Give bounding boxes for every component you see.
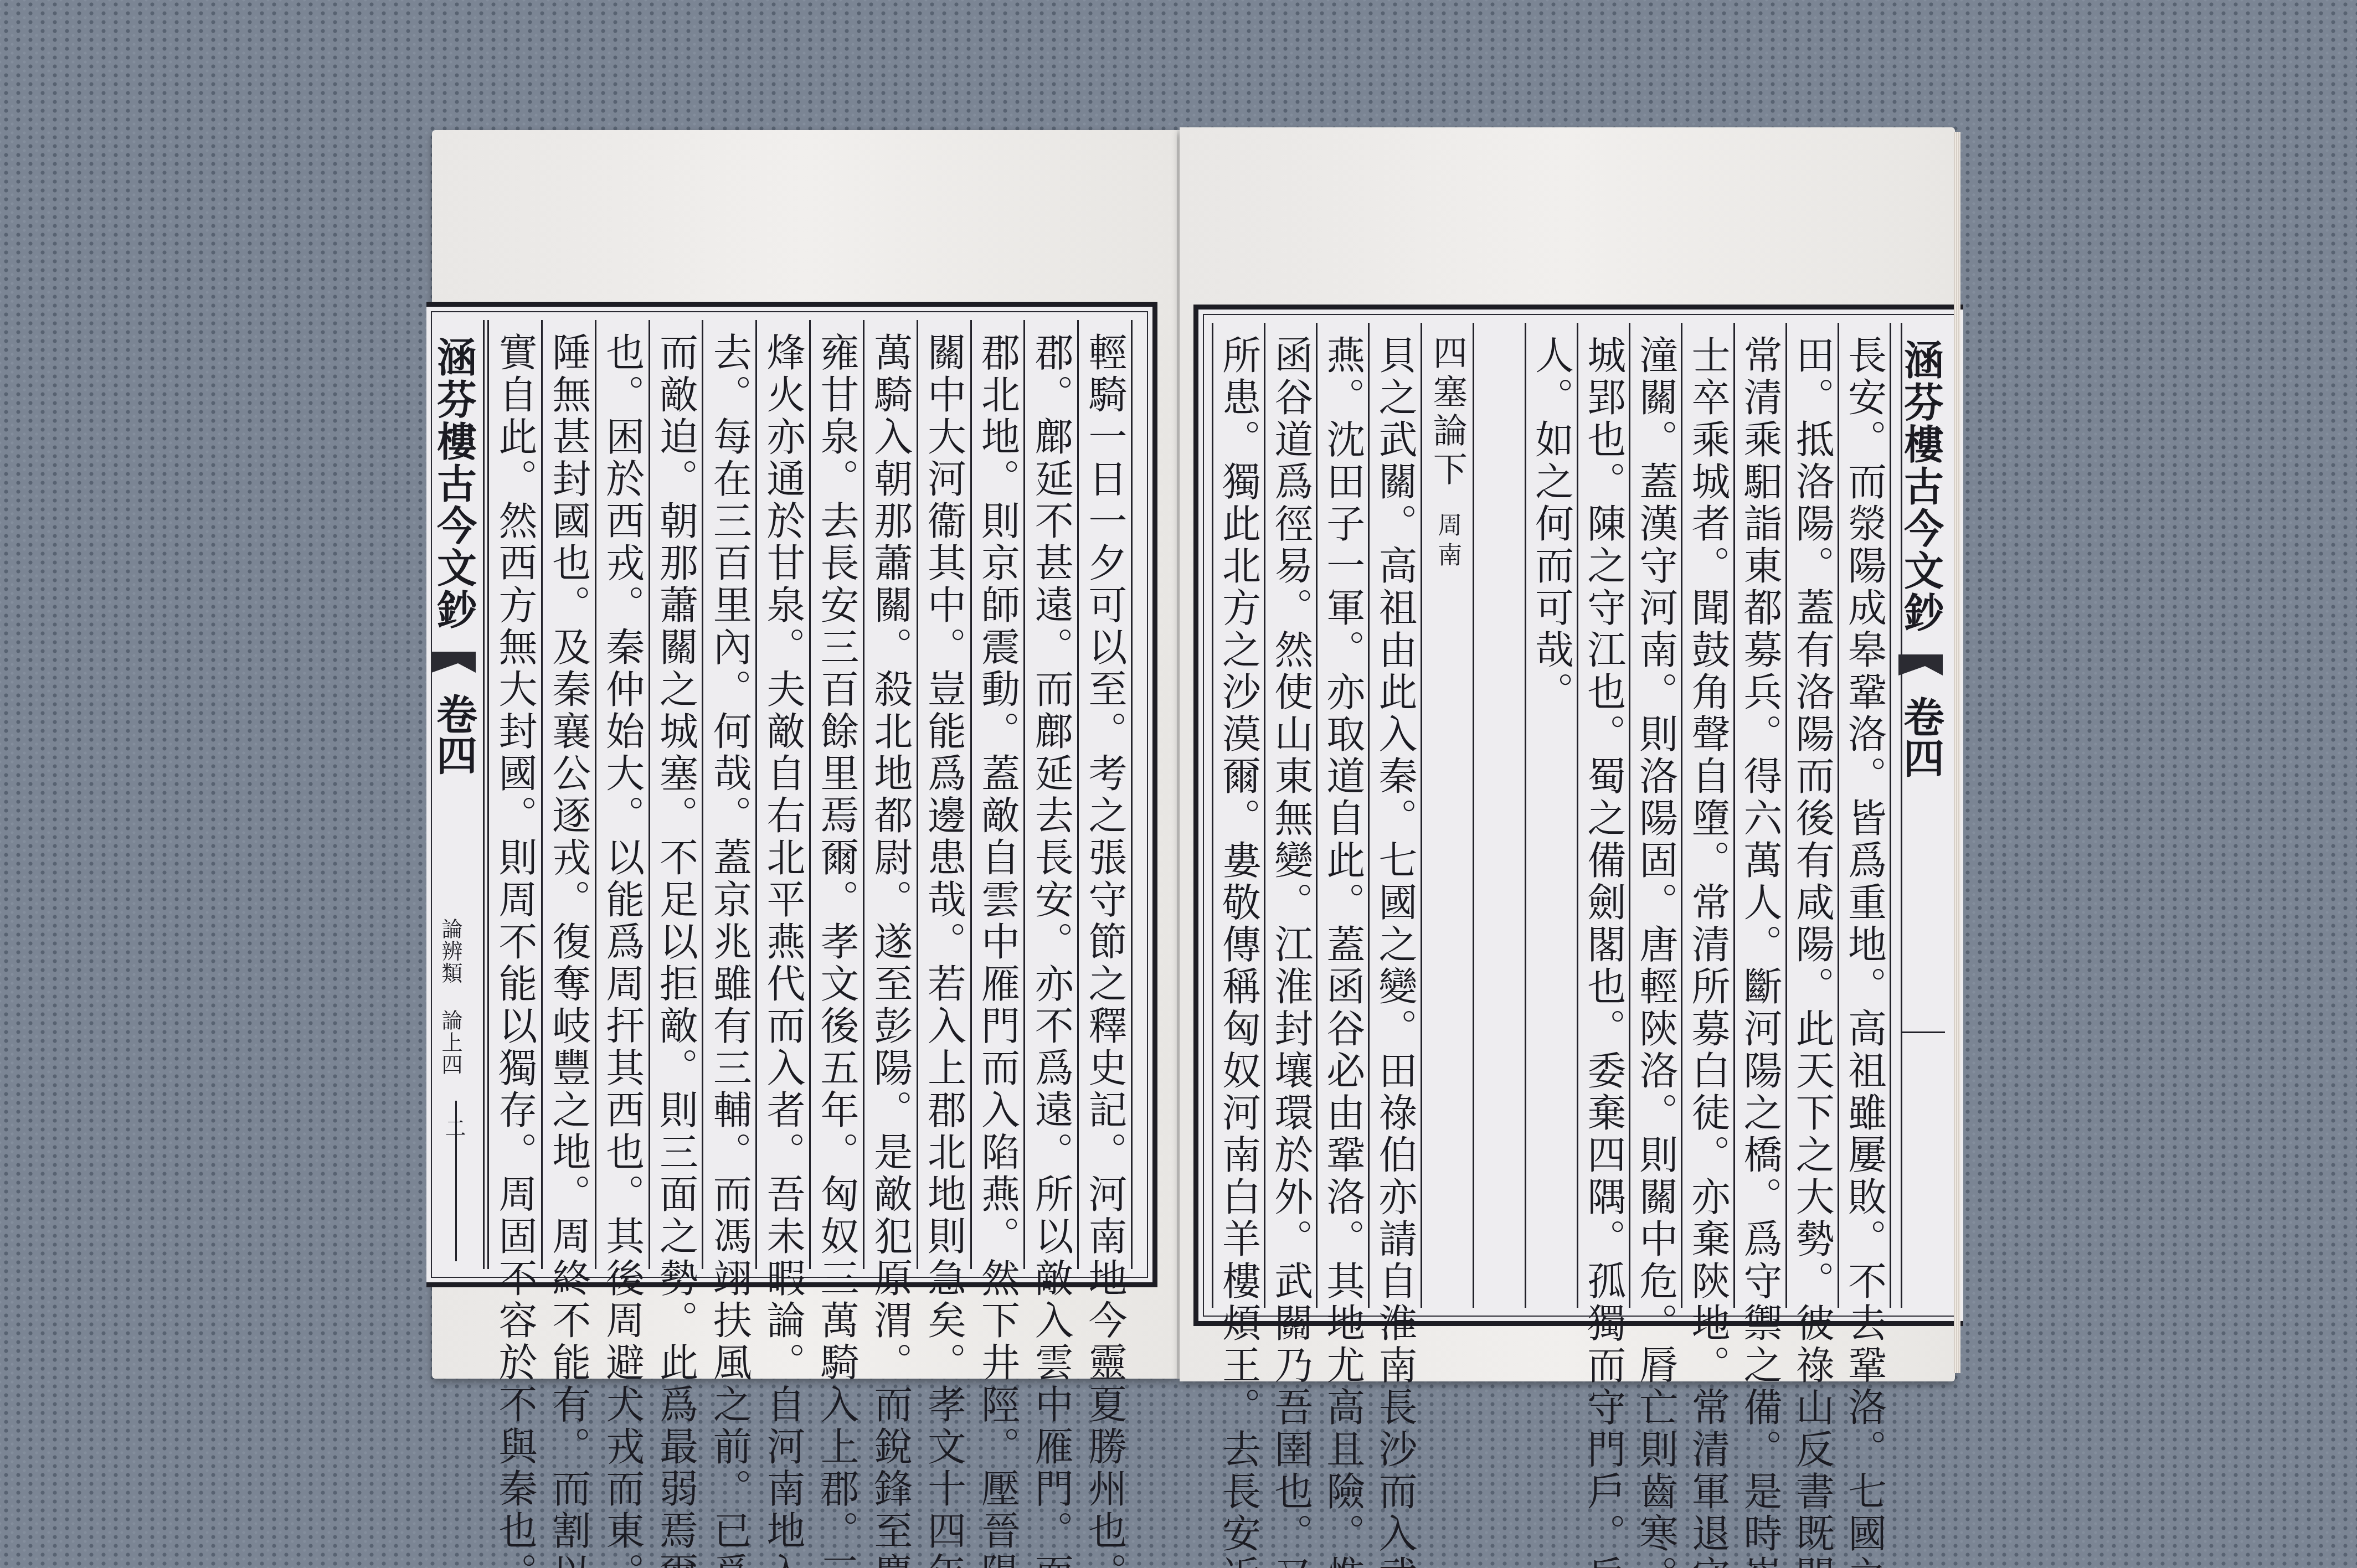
right-page: 涵芬樓古今文鈔 卷四 長安。而滎陽成皋鞏洛。皆爲重地。高祖雖屢敗。不去鞏洛。七國… [1180,127,1955,1381]
essay-heading-column: 四塞論下周南 [1421,323,1473,1308]
fishtail-mark-icon [431,652,476,673]
divider [1901,1031,1945,1033]
left-page-text-columns: 輕騎一日一夕可以至。考之張守節之釋史記。河南地今靈夏勝州也。其地至上 郡。鄜延不… [487,320,1133,1269]
book-title: 涵芬樓古今文鈔 [1897,323,1944,634]
text-column: 燕。沈田子一軍。亦取道自此。蓋函谷必由鞏洛。其地尤高且險。惟武關徑捷。其視 [1316,323,1368,1308]
text-column: 城郢也。陳之守江也。蜀之備劍閣也。委棄四隅。孤獨而守門戶。戶庭之外。敵來逼 [1577,323,1629,1308]
text-column: 田。抵洛陽。蓋有洛陽而後有咸陽。此天下之大勢。彼祿山反書既聞。明皇始以封 [1785,323,1838,1308]
text-column: 去。每在三百里內。何哉。蓋京兆雖有三輔。而馮翊扶風之前。已爲上郡。北地地近 [702,320,755,1269]
text-column: 關中大河衞其中。豈能爲邊患哉。若入上郡北地則急矣。孝文十四年。單于十四 [917,320,970,1269]
text-column: 人。如之何而可哉。 [1525,323,1577,1308]
left-page: 涵芬樓古今文鈔 卷四 輕騎一日一夕可以至。考之張守節之釋史記。河南地今靈夏勝州也… [432,130,1177,1379]
text-column: 所患。獨此北方之沙漠爾。婁敬傳稱匈奴河南白羊樓煩王。去長安近者七百里。 [1212,323,1264,1308]
fishtail-mark-icon [1898,654,1943,675]
text-column-empty [1473,323,1525,1308]
text-column: 長安。而滎陽成皋鞏洛。皆爲重地。高祖雖屢敗。不去鞏洛。七國之變。亞夫疾走藍 [1838,323,1891,1308]
open-book: 涵芬樓古今文鈔 卷四 輕騎一日一夕可以至。考之張守節之釋史記。河南地今靈夏勝州也… [426,125,1960,1381]
text-column: 陲無甚封國也。及秦襄公逐戎。復奪岐豐之地。周終不能有。而割以與秦。秦之興 [541,320,595,1269]
right-page-margin-strip: 涵芬樓古今文鈔 卷四 [1901,323,1950,1308]
text-column: 貝之武關。高祖由此入秦。七國之變。田祿伯亦請自淮南長沙而入武關。劉裕伐 [1368,323,1420,1308]
essay-author: 周南 [1433,512,1461,572]
essay-title: 四塞論下 [1427,335,1468,490]
text-column: 實自此。然西方無大封國。則周不能以獨存。周固不容於不與秦也。漢都關中。又 [487,320,541,1269]
text-column: 輕騎一日一夕可以至。考之張守節之釋史記。河南地今靈夏勝州也。其地至上 [1077,320,1133,1269]
text-column: 也。困於西戎。秦仲始大。以能爲周扞其西也。其後周避犬戎而東。以地近戎。而西 [595,320,649,1269]
text-column: 郡。鄜延不甚遠。而鄜延去長安。亦不爲遠。所以敵入雲中雁門。而入陷燕。然入上 [1023,320,1077,1269]
text-column: 萬騎入朝那蕭關。殺北地都尉。遂至彭陽。是敵犯原渭。而銳鋒至慶州矣。候騎至 [863,320,917,1269]
text-column: 雍甘泉。去長安三百餘里焉爾。孝文後五年。匈奴三萬騎入上郡。三萬騎入雲中。 [809,320,863,1269]
right-page-printed-frame: 涵芬樓古今文鈔 卷四 長安。而滎陽成皋鞏洛。皆爲重地。高祖雖屢敗。不去鞏洛。七國… [1193,305,1963,1326]
text-column: 郡北地。則京師震動。蓋敵自雲中雁門而入陷燕。然下井陘。壓晉陽。猶在河東也。 [970,320,1024,1269]
text-column: 士卒乘城者。聞鼓角聲自墮。常清所募白徒。亦棄陝地。常清軍退守關門。而以失 [1681,323,1733,1308]
book-title: 涵芬樓古今文鈔 [430,320,477,631]
right-page-text-columns: 長安。而滎陽成皋鞏洛。皆爲重地。高祖雖屢敗。不去鞏洛。七國之變。亞夫疾走藍 田。… [1212,323,1891,1308]
volume-label: 卷四 [430,693,477,775]
text-column: 常清乘馹詣東都募兵。得六萬人。斷河陽之橋。爲守禦之備。是時崔無詖守滎陽。 [1733,323,1785,1308]
text-column: 函谷道爲徑易。然使山東無變。江淮封壤環於外。武關乃吾圉也。又何患哉。關中 [1264,323,1316,1308]
volume-label: 卷四 [1897,696,1944,778]
text-column: 潼關。蓋漢守河南。則洛陽固。唐輕陝洛。則關中危。脣亡則齒寒。何獨漢事哉。楚之 [1629,323,1681,1308]
left-page-margin-strip: 涵芬樓古今文鈔 卷四 [435,320,485,1269]
left-page-printed-frame: 涵芬樓古今文鈔 卷四 輕騎一日一夕可以至。考之張守節之釋史記。河南地今靈夏勝州也… [426,302,1157,1287]
text-column: 而敵迫。朝那蕭關之城塞。不足以拒敵。則三面之勢。此爲最弱焉爾。昔周之都洛 [649,320,702,1269]
text-column: 烽火亦通於甘泉。夫敵自右北平燕代而入者。吾未暇論。自河南地入者。烽火相 [755,320,809,1269]
